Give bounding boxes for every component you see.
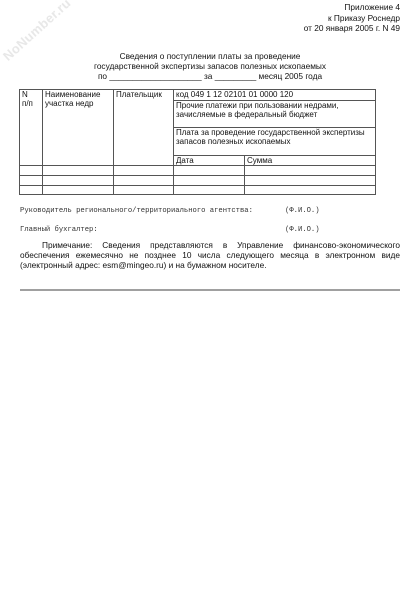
header-number-line2: п/п [22, 99, 40, 108]
appendix-line-2: к Приказу Роснедр [304, 13, 400, 24]
cell-number[interactable] [20, 186, 43, 195]
cell-site[interactable] [43, 176, 114, 186]
table-row [20, 186, 376, 195]
cell-payer[interactable] [114, 186, 174, 195]
accountant-signature-label: Главный бухгалтер: [20, 226, 98, 234]
header-payer: Плательщик [114, 90, 174, 166]
accountant-signature-name[interactable]: (Ф.И.О.) [285, 226, 320, 234]
head-signature-line: Руководитель регионального/территориальн… [20, 207, 253, 215]
cell-date[interactable] [174, 166, 245, 176]
cell-number[interactable] [20, 176, 43, 186]
appendix-line-1: Приложение 4 [304, 2, 400, 13]
cell-payer[interactable] [114, 166, 174, 176]
title-line-1: Сведения о поступлении платы за проведен… [0, 51, 420, 61]
header-number-line1: N [22, 90, 40, 99]
payment-table: N п/п Наименование участка недр Плательщ… [19, 89, 376, 195]
header-date: Дата [174, 156, 245, 166]
cell-sum[interactable] [245, 186, 376, 195]
cell-date[interactable] [174, 176, 245, 186]
budget-code: код 049 1 12 02101 01 0000 120 [174, 90, 376, 101]
title-middle: за [204, 71, 212, 81]
header-sum: Сумма [245, 156, 376, 166]
month-blank[interactable]: _________ [215, 71, 257, 81]
divider-line [20, 289, 400, 291]
region-blank[interactable]: ____________________ [109, 71, 201, 81]
appendix-line-3: от 20 января 2005 г. N 49 [304, 23, 400, 34]
appendix-header: Приложение 4 к Приказу Роснедр от 20 янв… [304, 2, 400, 34]
header-site-name: Наименование участка недр [43, 90, 114, 166]
cell-site[interactable] [43, 166, 114, 176]
cell-sum[interactable] [245, 176, 376, 186]
head-signature-label: Руководитель регионального/территориальн… [20, 207, 253, 215]
title-suffix: месяц 2005 года [259, 71, 323, 81]
cell-number[interactable] [20, 166, 43, 176]
head-signature-name[interactable]: (Ф.И.О.) [285, 207, 320, 215]
cell-sum[interactable] [245, 166, 376, 176]
header-number: N п/п [20, 90, 43, 166]
expertise-fee-header: Плата за проведение государственной эксп… [174, 128, 376, 156]
other-payments-header: Прочие платежи при пользовании недрами, … [174, 101, 376, 128]
title-line-3: по ____________________ за _________ мес… [0, 71, 420, 81]
note-paragraph: Примечание: Сведения представляются в Уп… [20, 240, 400, 270]
accountant-signature-line: Главный бухгалтер:(Ф.И.О.) [20, 226, 98, 234]
cell-date[interactable] [174, 186, 245, 195]
title-prefix: по [98, 71, 107, 81]
table-row [20, 176, 376, 186]
cell-site[interactable] [43, 186, 114, 195]
cell-payer[interactable] [114, 176, 174, 186]
title-line-2: государственной экспертизы запасов полез… [0, 61, 420, 71]
table-row [20, 166, 376, 176]
document-title: Сведения о поступлении платы за проведен… [0, 51, 420, 81]
